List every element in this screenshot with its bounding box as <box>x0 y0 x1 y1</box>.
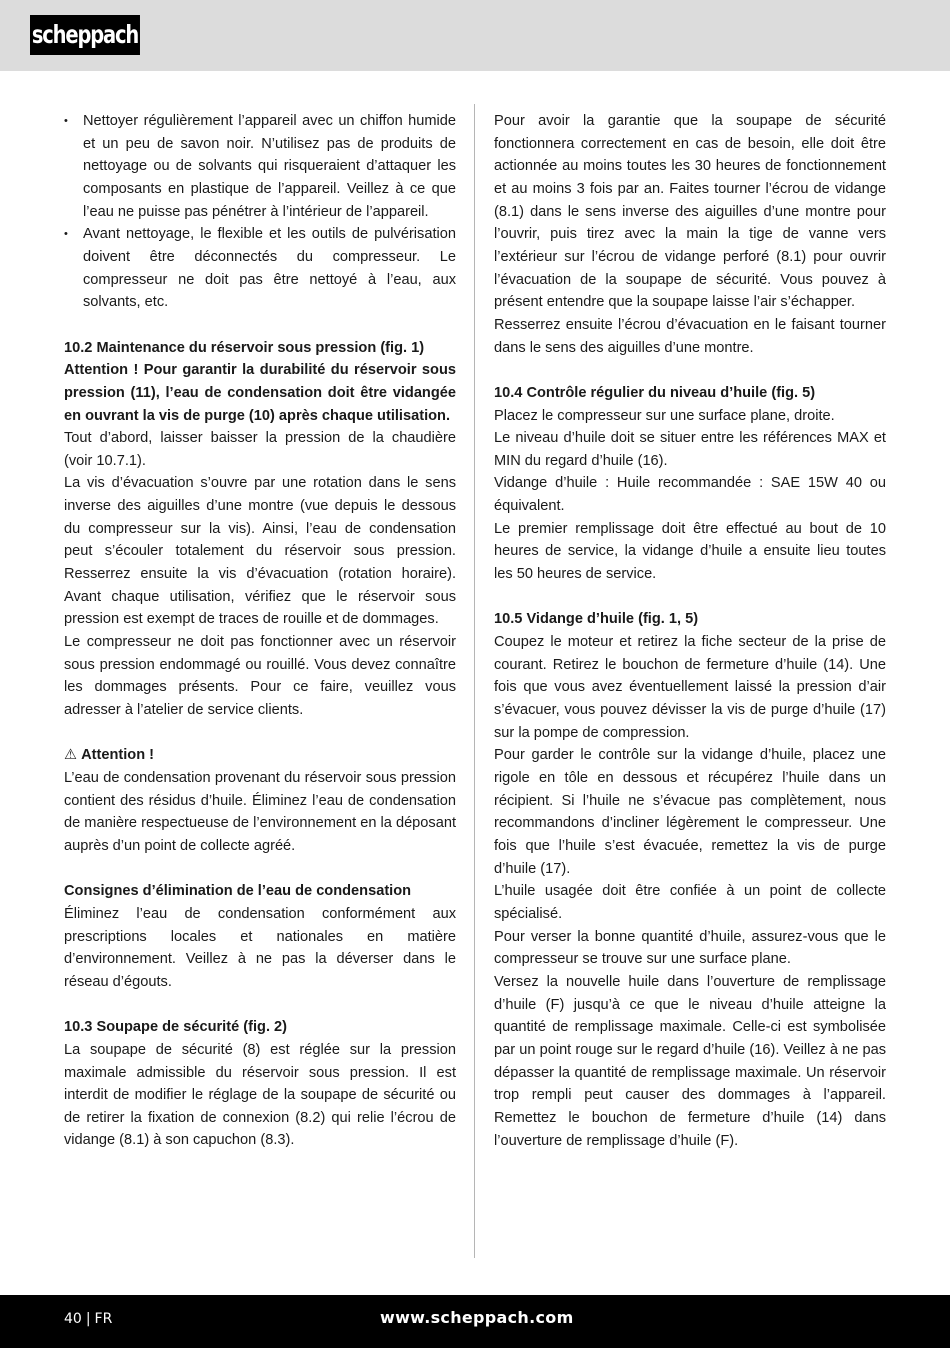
paragraph: L’huile usagée doit être confiée à un po… <box>494 880 886 925</box>
section-heading-10-4: 10.4 Contrôle régulier du niveau d’huile… <box>494 382 886 405</box>
page-footer: 40|FR www.scheppach.com <box>0 1295 950 1348</box>
language-code: FR <box>95 1311 113 1327</box>
paragraph: Pour verser la bonne quantité d’huile, a… <box>494 926 886 971</box>
paragraph: La soupape de sécurité (8) est réglée su… <box>64 1039 456 1152</box>
page-number-language: 40|FR <box>64 1311 112 1327</box>
page-number: 40 <box>64 1311 82 1327</box>
paragraph: Tout d’abord, laisser baisser la pressio… <box>64 427 456 472</box>
disposal-text: Éliminez l’eau de condensation conformém… <box>64 903 456 994</box>
bullet-item: Avant nettoyage, le flexible et les outi… <box>64 223 456 314</box>
paragraph: Coupez le moteur et retirez la fiche sec… <box>494 631 886 744</box>
paragraph: Pour garder le contrôle sur la vidange d… <box>494 744 886 880</box>
paragraph: Le niveau d’huile doit se situer entre l… <box>494 427 886 472</box>
paragraph: Le premier remplissage doit être effectu… <box>494 518 886 586</box>
section-heading-10-3: 10.3 Soupape de sécurité (fig. 2) <box>64 1016 456 1039</box>
bullet-item: Nettoyer régulièrement l’appareil avec u… <box>64 110 456 223</box>
section-heading-10-5: 10.5 Vidange d’huile (fig. 1, 5) <box>494 608 886 631</box>
paragraph: Resserrez ensuite l’écrou d’évacuation e… <box>494 314 886 359</box>
attention-heading-text: Attention ! <box>81 747 154 763</box>
paragraph: Pour avoir la garantie que la soupape de… <box>494 110 886 314</box>
column-divider <box>474 104 475 1258</box>
paragraph: Vidange d’huile : Huile recommandée : SA… <box>494 472 886 517</box>
cleaning-bullet-list: Nettoyer régulièrement l’appareil avec u… <box>64 110 456 314</box>
disposal-heading: Consignes d’élimination de l’eau de cond… <box>64 880 456 903</box>
warning-triangle-icon: ⚠ <box>64 747 77 763</box>
left-column: Nettoyer régulièrement l’appareil avec u… <box>64 110 456 1152</box>
attention-heading: ⚠Attention ! <box>64 744 456 767</box>
scheppach-logo: scheppach <box>30 15 140 55</box>
paragraph: Le compresseur ne doit pas fonctionner a… <box>64 631 456 722</box>
website-link[interactable]: www.scheppach.com <box>380 1308 574 1327</box>
separator: | <box>86 1311 91 1327</box>
paragraph: Placez le compresseur sur une surface pl… <box>494 405 886 428</box>
page-header: scheppach <box>0 0 950 71</box>
right-column: Pour avoir la garantie que la soupape de… <box>494 110 886 1152</box>
attention-text: L’eau de condensation provenant du réser… <box>64 767 456 858</box>
paragraph: Versez la nouvelle huile dans l’ouvertur… <box>494 971 886 1152</box>
section-10-2-bold-intro: Attention ! Pour garantir la durabilité … <box>64 359 456 427</box>
section-heading-10-2: 10.2 Maintenance du réservoir sous press… <box>64 337 456 360</box>
paragraph: La vis d’évacuation s’ouvre par une rota… <box>64 472 456 631</box>
